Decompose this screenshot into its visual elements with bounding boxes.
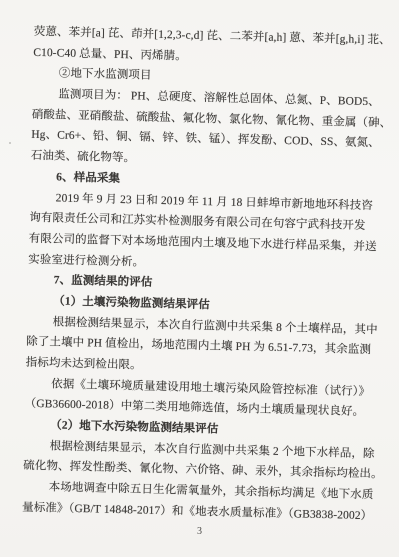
document-text: 荧蒽、苯并[a] 芘、茚并[1,2,3-c,d] 芘、二苯并[a,h] 蒽、苯并… (22, 22, 384, 527)
scan-speckle (22, 505, 24, 507)
document-page: 荧蒽、苯并[a] 芘、茚并[1,2,3-c,d] 芘、二苯并[a,h] 蒽、苯并… (0, 0, 399, 557)
scan-speckle (9, 142, 11, 144)
page-number: 3 (0, 526, 399, 537)
scan-speckle (372, 330, 374, 331)
